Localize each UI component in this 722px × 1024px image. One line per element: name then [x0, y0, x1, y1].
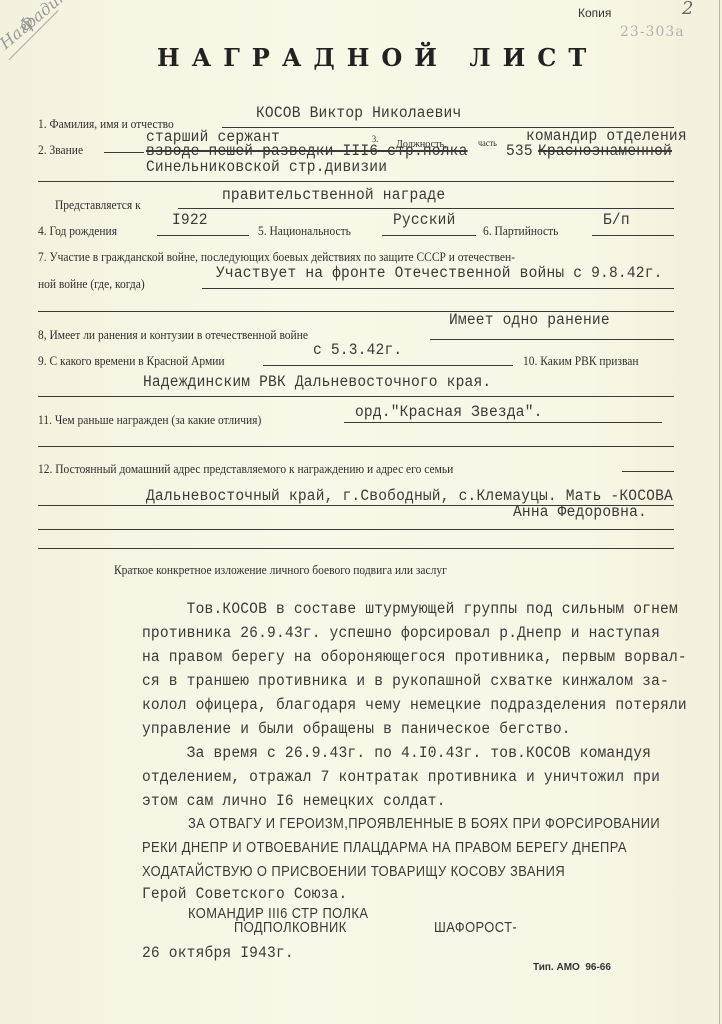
field-12-underline-4 — [38, 548, 674, 549]
field-7-label-line1: 7. Участие в гражданской войне, последую… — [38, 250, 515, 265]
archive-number: 23-303а — [620, 24, 685, 40]
feat-line: этом сам лично I6 немецких солдат. — [142, 792, 446, 810]
page-number: 2 — [682, 0, 693, 19]
field-5-value: Русский — [393, 211, 456, 229]
award-underline — [178, 208, 674, 209]
field-8-label: 8, Имеет ли ранения и контузии в отечест… — [38, 328, 308, 343]
recommendation-line: РЕКИ ДНЕПР И ОТВОЕВАНИЕ ПЛАЦДАРМА НА ПРА… — [142, 839, 627, 856]
field-7-value: Участвует на фронте Отечественной войны … — [216, 264, 663, 282]
field-12-value-line2: Анна Федоровна. — [513, 503, 647, 521]
field-9-value: с 5.3.42г. — [313, 341, 402, 359]
field-12-underline — [622, 471, 674, 472]
field-3-number: 3. — [372, 134, 378, 144]
recommendation-closing: Герой Советского Союза. — [142, 885, 347, 903]
field-10-value: Надеждинским РВК Дальневосточного края. — [143, 373, 491, 391]
field-7-underline — [202, 288, 674, 289]
field-6-label: 6. Партийность — [483, 224, 558, 239]
field-4-value: I922 — [172, 211, 208, 229]
field-5-label: 5. Национальность — [258, 224, 351, 239]
feat-line: управление и были обращены в паническое … — [142, 720, 571, 738]
field-3-underline — [38, 181, 674, 182]
recommendation-line: ХОДАТАЙСТВУЮ О ПРИСВОЕНИИ ТОВАРИЩУ КОСОВ… — [142, 863, 565, 880]
feat-line: За время с 26.9.43г. по 4.I0.43г. тов.КО… — [142, 744, 651, 762]
field-5-underline — [382, 235, 476, 236]
printer-mark: Тип. АМО 96-66 — [533, 962, 611, 973]
field-3-part-label: часть — [478, 138, 497, 148]
feat-line: колол офицера, благодаря чему немецкие п… — [142, 696, 687, 714]
field-11-underline-2 — [38, 446, 674, 447]
award-label: Представляется к — [55, 198, 141, 213]
field-1-value: КОСОВ Виктор Николаевич — [256, 104, 461, 122]
field-3-value-line2: Синельниковской стр.дивизии — [146, 158, 387, 176]
field-3-label: Должность, — [396, 138, 447, 150]
field-10-label: 10. Каким РВК призван — [523, 354, 639, 369]
field-8-underline — [430, 339, 674, 340]
field-11-underline — [344, 422, 662, 423]
signer-name: ШАФОРОСТ- — [434, 919, 517, 936]
award-value: правительственной награде — [222, 186, 445, 204]
field-6-value: Б/п — [603, 211, 630, 229]
copy-label: Копия — [578, 6, 611, 20]
field-10-underline — [38, 396, 674, 397]
feat-line: отделением, отражал 7 контратак противни… — [142, 768, 660, 786]
award-sheet-page: Ф Наградить Копия 2 23-303а НАГРАДНОЙ ЛИ… — [0, 0, 722, 1024]
field-4-underline — [157, 235, 249, 236]
field-3-value: командир отделения — [526, 127, 687, 145]
recommendation-line: ЗА ОТВАГУ И ГЕРОИЗМ,ПРОЯВЛЕННЫЕ В БОЯХ П… — [188, 815, 660, 832]
page-title: НАГРАДНОЙ ЛИСТ — [157, 43, 598, 72]
field-11-value: орд."Красная Звезда". — [355, 403, 543, 421]
field-11-label: 11. Чем раньше награжден (за какие отлич… — [38, 413, 261, 428]
feat-line: ся в траншею противника и в рукопашной с… — [142, 672, 669, 690]
page-edge — [719, 0, 720, 1024]
field-12-label: 12. Постоянный домашний адрес представля… — [38, 462, 453, 477]
feat-line: противника 26.9.43г. успешно форсировал … — [142, 624, 660, 642]
document-date: 26 октября I943г. — [142, 944, 294, 962]
field-9-label: 9. С какого времени в Красной Армии — [38, 354, 225, 369]
field-8-value: Имеет одно ранение — [449, 311, 610, 329]
field-7-label-line2: ной войне (где, когда) — [38, 277, 145, 292]
field-2-underline — [104, 152, 144, 153]
feat-line: на правом берегу на обороняющегося проти… — [142, 648, 687, 666]
field-9-underline — [263, 365, 513, 366]
feat-heading: Краткое конкретное изложение личного бое… — [114, 563, 447, 578]
field-12-underline-3 — [38, 529, 674, 530]
field-2-label: 2. Звание — [38, 143, 83, 158]
field-6-underline — [592, 235, 674, 236]
signer-rank: ПОДПОЛКОВНИК — [234, 919, 347, 936]
feat-line: Тов.КОСОВ в составе штурмующей группы по… — [142, 600, 678, 618]
field-4-label: 4. Год рождения — [38, 224, 117, 239]
